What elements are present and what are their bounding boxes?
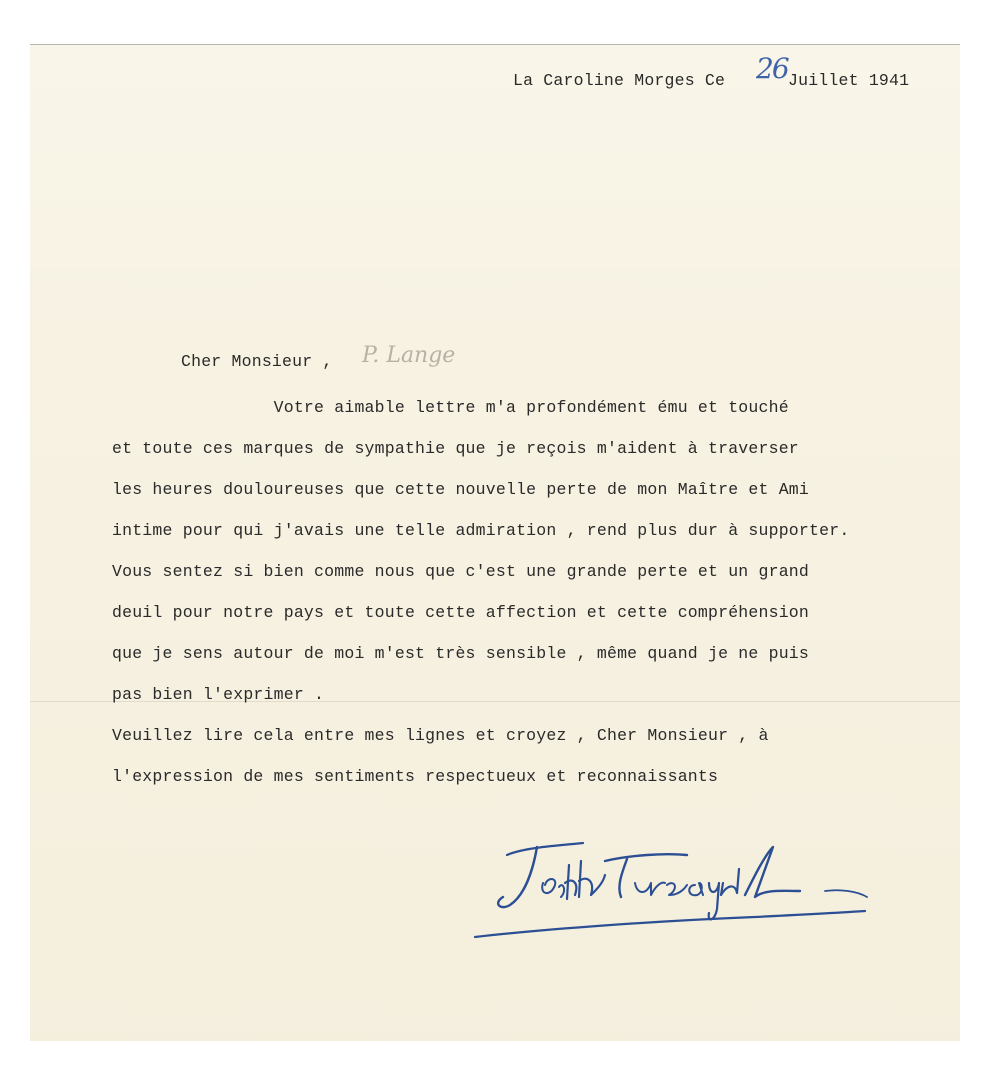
letter-place: La Caroline Morges Ce [513, 71, 725, 90]
body-line: pas bien l'exprimer . [112, 685, 324, 704]
body-line: intime pour qui j'avais une telle admira… [112, 521, 849, 540]
body-line: les heures douloureuses que cette nouvel… [112, 480, 809, 499]
body-line: et toute ces marques de sympathie que je… [112, 439, 799, 458]
body-line: Vous sentez si bien comme nous que c'est… [112, 562, 809, 581]
body-line: deuil pour notre pays et toute cette aff… [112, 603, 809, 622]
handwritten-signature [455, 825, 905, 945]
salutation: Cher Monsieur , [181, 352, 333, 371]
body-line: l'expression de mes sentiments respectue… [112, 767, 718, 786]
pencil-annotation: P. Lange [362, 343, 455, 368]
body-line: Votre aimable lettre m'a profondément ém… [112, 398, 789, 417]
body-line: Veuillez lire cela entre mes lignes et c… [112, 726, 769, 745]
letter-month-year: Juillet 1941 [788, 71, 909, 90]
body-line: que je sens autour de moi m'est très sen… [112, 644, 809, 663]
letter-day-handwritten: 26 [756, 52, 788, 85]
